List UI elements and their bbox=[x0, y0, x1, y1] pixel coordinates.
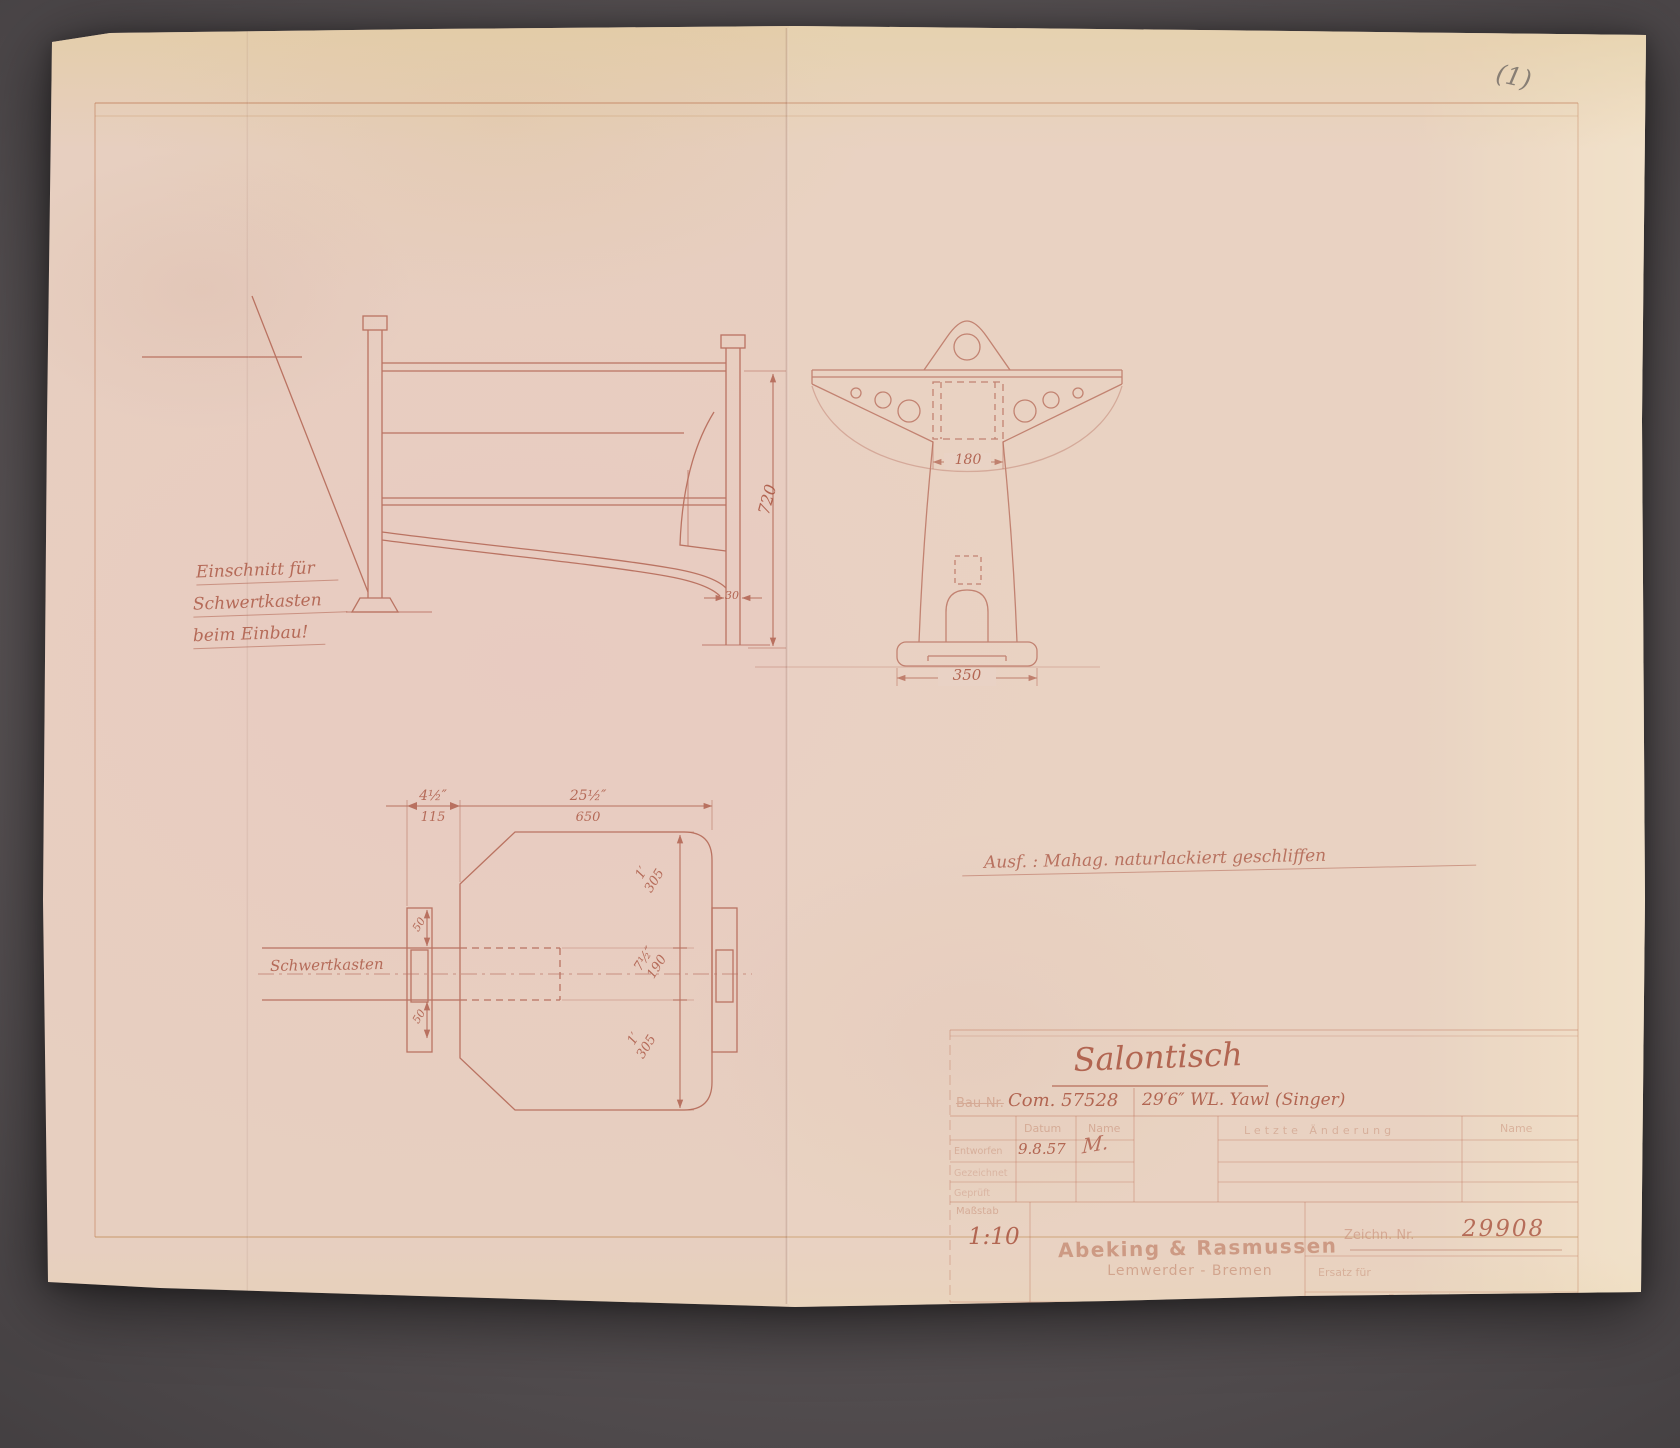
end-elevation-view bbox=[755, 321, 1122, 667]
border-frame bbox=[95, 103, 1578, 1302]
titleblock-col-name2: Name bbox=[1500, 1122, 1532, 1135]
titleblock-row-geprueft: Geprüft bbox=[954, 1188, 990, 1199]
dim-plan-width-in: 25½″ bbox=[556, 788, 620, 804]
dim-plan-left-mm: 115 bbox=[412, 810, 454, 825]
dim-plan-width-mm: 650 bbox=[556, 810, 620, 825]
titleblock-row-gezeichnet: Gezeichnet bbox=[954, 1168, 1008, 1179]
blueprint-paper-sheet: Einschnitt für Schwertkasten beim Einbau… bbox=[0, 0, 1680, 1448]
label-schwertkasten: Schwertkasten bbox=[270, 955, 384, 975]
titleblock-col-datum: Datum bbox=[1024, 1122, 1061, 1135]
titleblock-massstab-value: 1:10 bbox=[968, 1224, 1020, 1250]
titleblock-bau-nr-label: Bau-Nr. bbox=[956, 1096, 1004, 1111]
titleblock-commission: Com. 57528 bbox=[1008, 1090, 1118, 1111]
titleblock-zeichn-nr-value: 29908 bbox=[1462, 1216, 1545, 1242]
dim-plan-left-in: 4½″ bbox=[412, 788, 454, 804]
titleblock-date-entworfen: 9.8.57 bbox=[1018, 1140, 1066, 1158]
titleblock-company-city: Lemwerder - Bremen bbox=[1058, 1263, 1322, 1279]
titleblock-company: Abeking & Rasmussen bbox=[1058, 1234, 1322, 1263]
dim-180: 180 bbox=[946, 452, 990, 468]
titleblock-ersatz-label: Ersatz für bbox=[1318, 1266, 1371, 1279]
titleblock-massstab-label: Maßstab bbox=[956, 1206, 999, 1217]
titleblock-zeichn-nr-label: Zeichn. Nr. bbox=[1344, 1228, 1414, 1243]
titleblock-boat: 29′6″ WL. Yawl (Singer) bbox=[1142, 1090, 1345, 1110]
drawing-linework bbox=[0, 0, 1680, 1448]
titleblock-col-letzte-aenderung: Letzte Änderung bbox=[1244, 1124, 1395, 1137]
note-einschnitt-line3: beim Einbau! bbox=[193, 622, 326, 650]
photo-of-blueprint: { "photo": { "pencil_mark": "(1)" }, "no… bbox=[0, 0, 1680, 1448]
titleblock-signature: M. bbox=[1081, 1129, 1109, 1158]
paper-shadow-wrap: Einschnitt für Schwertkasten beim Einbau… bbox=[0, 0, 1680, 1448]
titleblock-ersetzt-label: Ersetzt durch bbox=[1388, 1293, 1454, 1304]
titleblock-row-entworfen: Entworfen bbox=[954, 1146, 1002, 1157]
dim-30: 30 bbox=[725, 589, 739, 602]
dim-350: 350 bbox=[940, 666, 994, 684]
